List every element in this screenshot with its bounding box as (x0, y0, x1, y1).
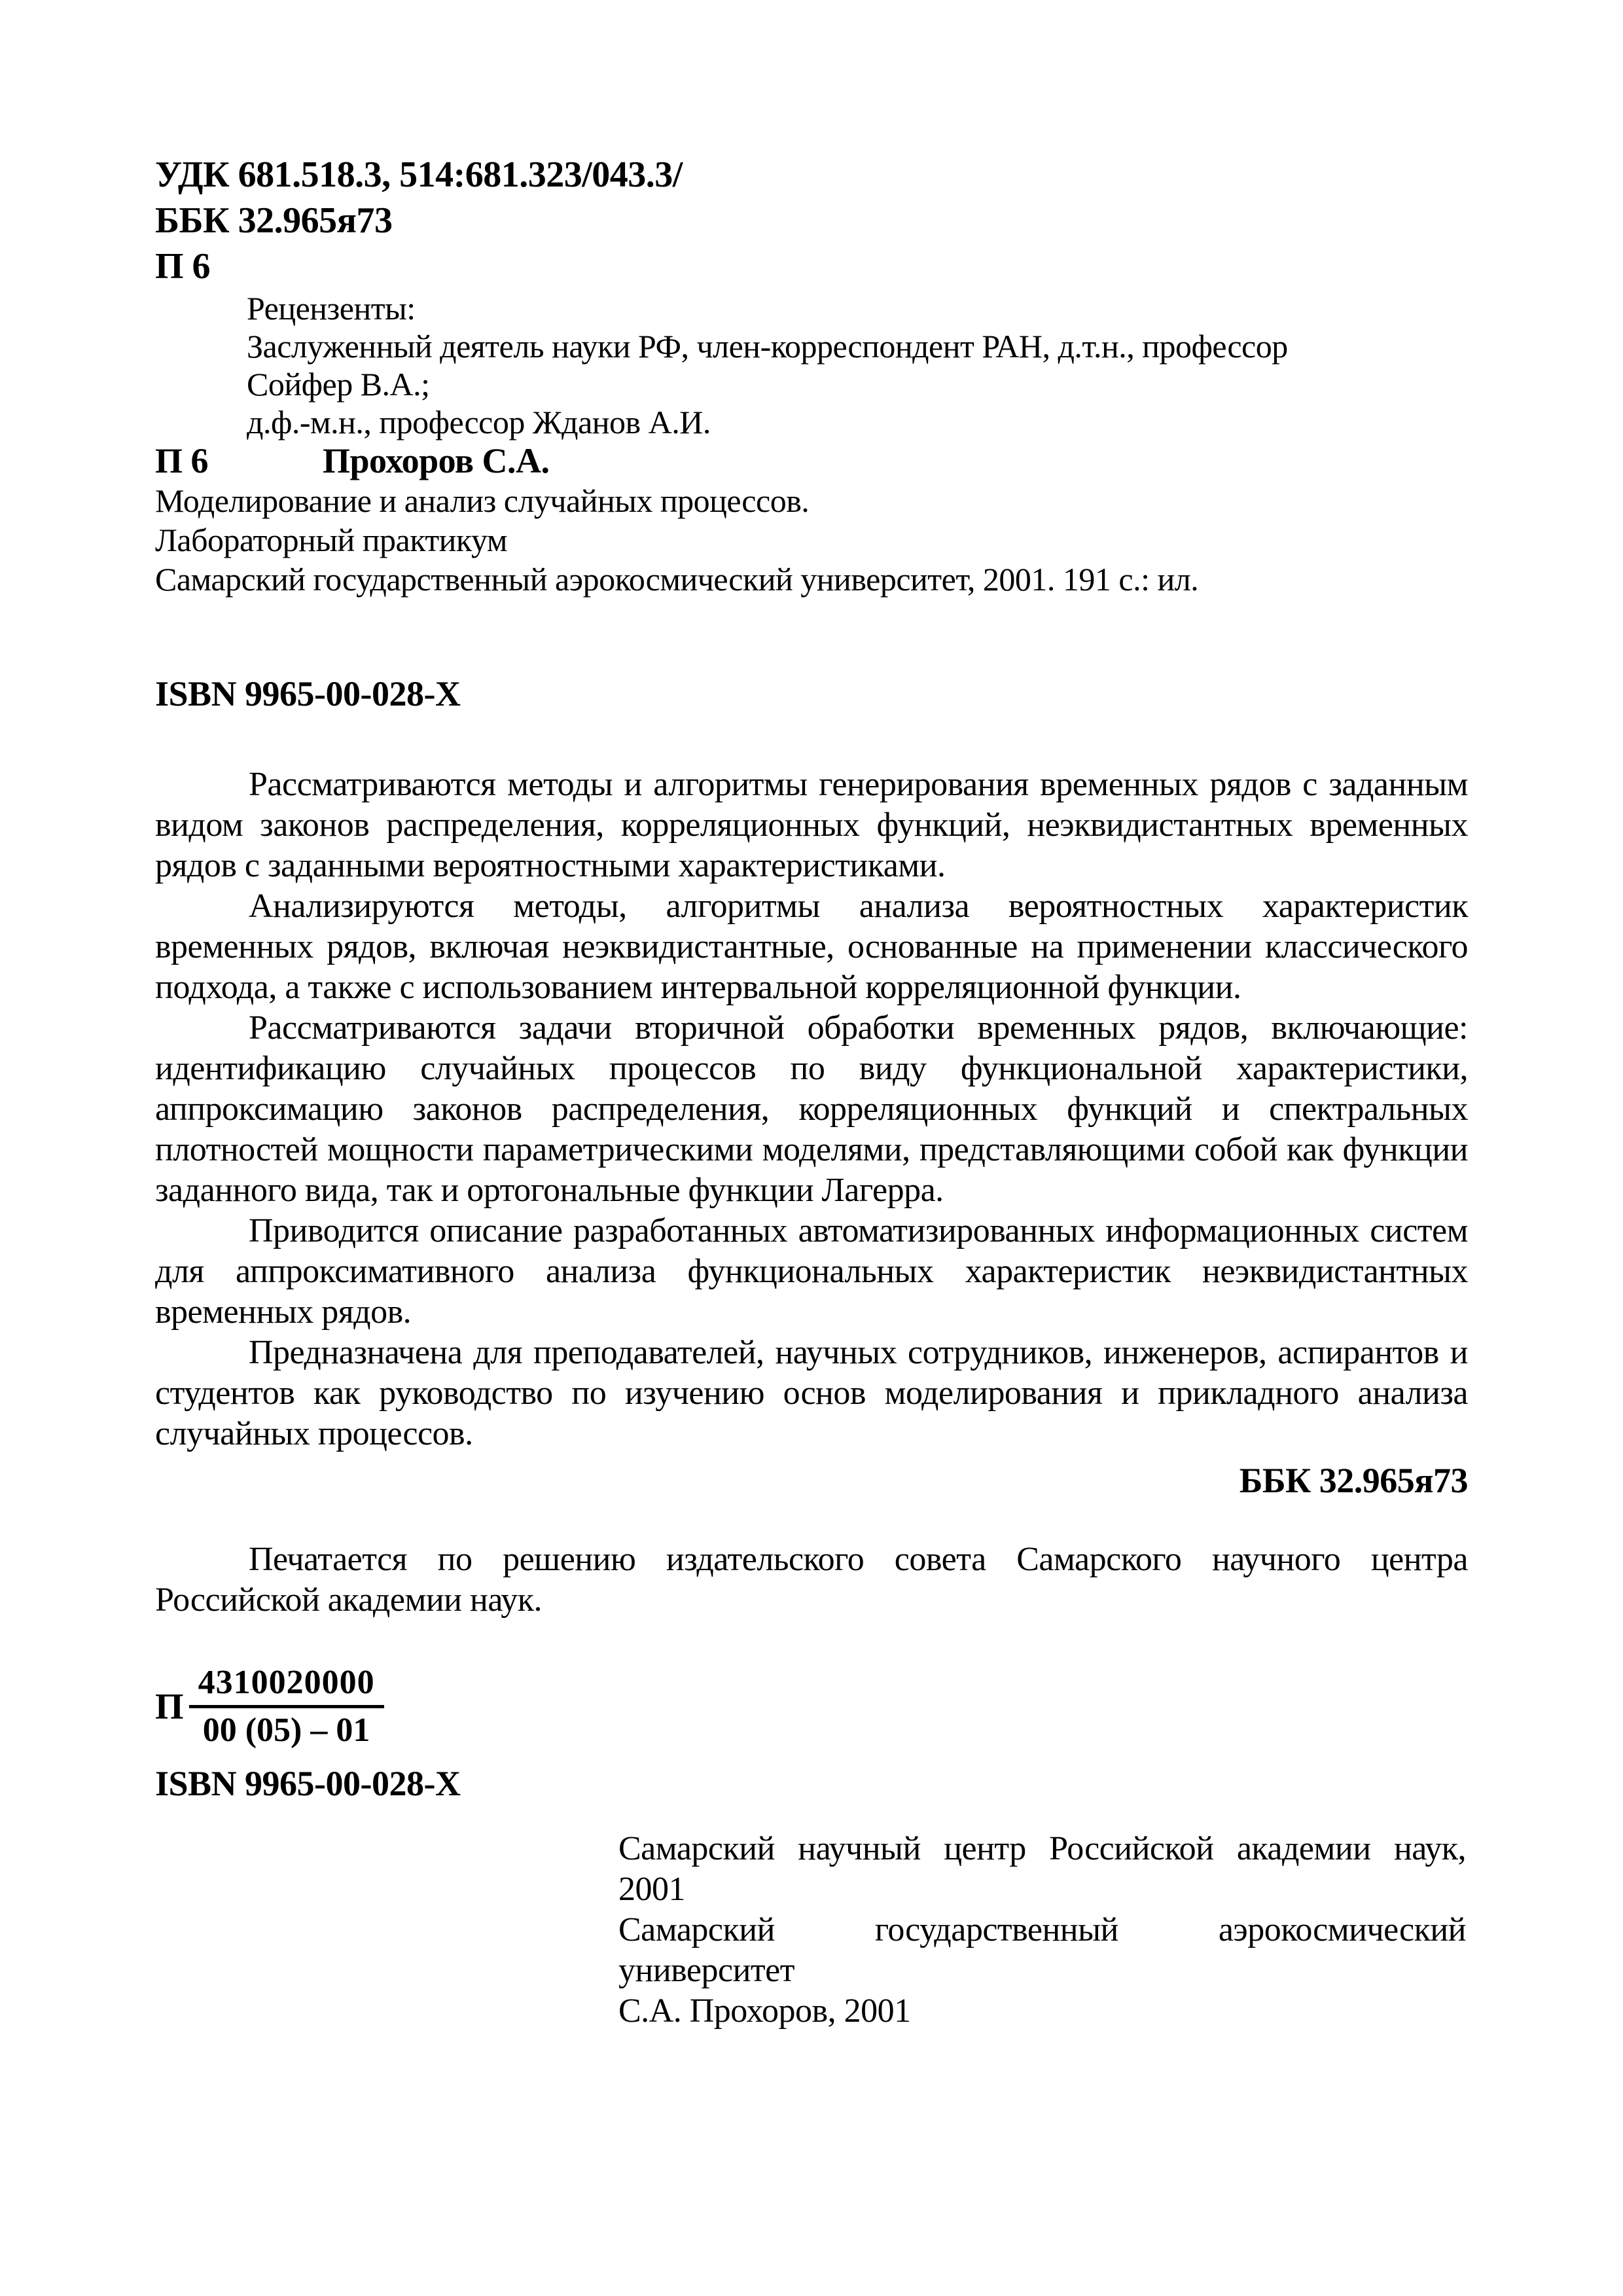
bbk-line: ББК 32.965я73 (155, 198, 1468, 243)
book-subtitle: Лабораторный практикум (155, 520, 1468, 560)
reviewer-line: д.ф.-м.н., профессор Жданов А.И. (247, 403, 1468, 441)
annotation-paragraph: Предназначена для преподавателей, научны… (155, 1333, 1468, 1454)
annotation-paragraph: Рассматриваются методы и алгоритмы генер… (155, 764, 1468, 886)
bbk-right-line: ББК 32.965я73 (155, 1460, 1468, 1501)
isbn-bottom: ISBN 9965-00-028-X (155, 1763, 1468, 1804)
catalog-sign-row: П 6Прохоров С.А. (155, 441, 1468, 481)
classification-block: УДК 681.518.3, 514:681.323/043.3/ ББК 32… (155, 152, 1468, 289)
colophon-line: Самарский государственный аэрокосмически… (618, 1910, 1466, 1991)
imprint-author: Прохоров С.А. (323, 441, 549, 480)
catalog-formula-block: П 4310020000 00 (05) – 01 (155, 1663, 1468, 1750)
colophon-line: Самарский научный центр Российской акаде… (618, 1829, 1466, 1910)
reviewers-block: Рецензенты: Заслуженный деятель науки РФ… (247, 289, 1468, 441)
author-sign-line: П 6 (155, 243, 1468, 289)
page-content: УДК 681.518.3, 514:681.323/043.3/ ББК 32… (155, 0, 1468, 2032)
reviewers-label: Рецензенты: (247, 289, 1468, 327)
reviewer-line: Сойфер В.А.; (247, 365, 1468, 403)
formula-fraction: 4310020000 00 (05) – 01 (189, 1663, 384, 1750)
udk-line: УДК 681.518.3, 514:681.323/043.3/ (155, 152, 1468, 198)
colophon-block: Самарский научный центр Российской акаде… (618, 1829, 1466, 2032)
formula-numerator: 4310020000 (189, 1663, 384, 1708)
book-imprint-page: УДК 681.518.3, 514:681.323/043.3/ ББК 32… (0, 0, 1623, 2296)
isbn-top: ISBN 9965-00-028-X (155, 673, 1468, 714)
book-title: Моделирование и анализ случайных процесс… (155, 481, 1468, 520)
publisher-line: Самарский государственный аэрокосмически… (155, 560, 1468, 599)
catalog-entry-block: П 6Прохоров С.А. Моделирование и анализ … (155, 441, 1468, 599)
reviewer-line: Заслуженный деятель науки РФ, член-корре… (247, 327, 1468, 365)
annotation-block: Рассматриваются методы и алгоритмы генер… (155, 764, 1468, 1454)
formula-denominator: 00 (05) – 01 (189, 1708, 384, 1750)
annotation-paragraph: Приводится описание разработанных автома… (155, 1211, 1468, 1333)
annotation-paragraph: Анализируются методы, алгоритмы анализа … (155, 886, 1468, 1008)
colophon-line: С.А. Прохоров, 2001 (618, 1991, 1466, 2032)
print-resolution-note: Печатается по решению издательского сове… (155, 1539, 1468, 1621)
formula-prefix: П (155, 1687, 184, 1727)
annotation-paragraph: Рассматриваются задачи вторичной обработ… (155, 1008, 1468, 1211)
imprint-sign: П 6 (155, 441, 208, 480)
